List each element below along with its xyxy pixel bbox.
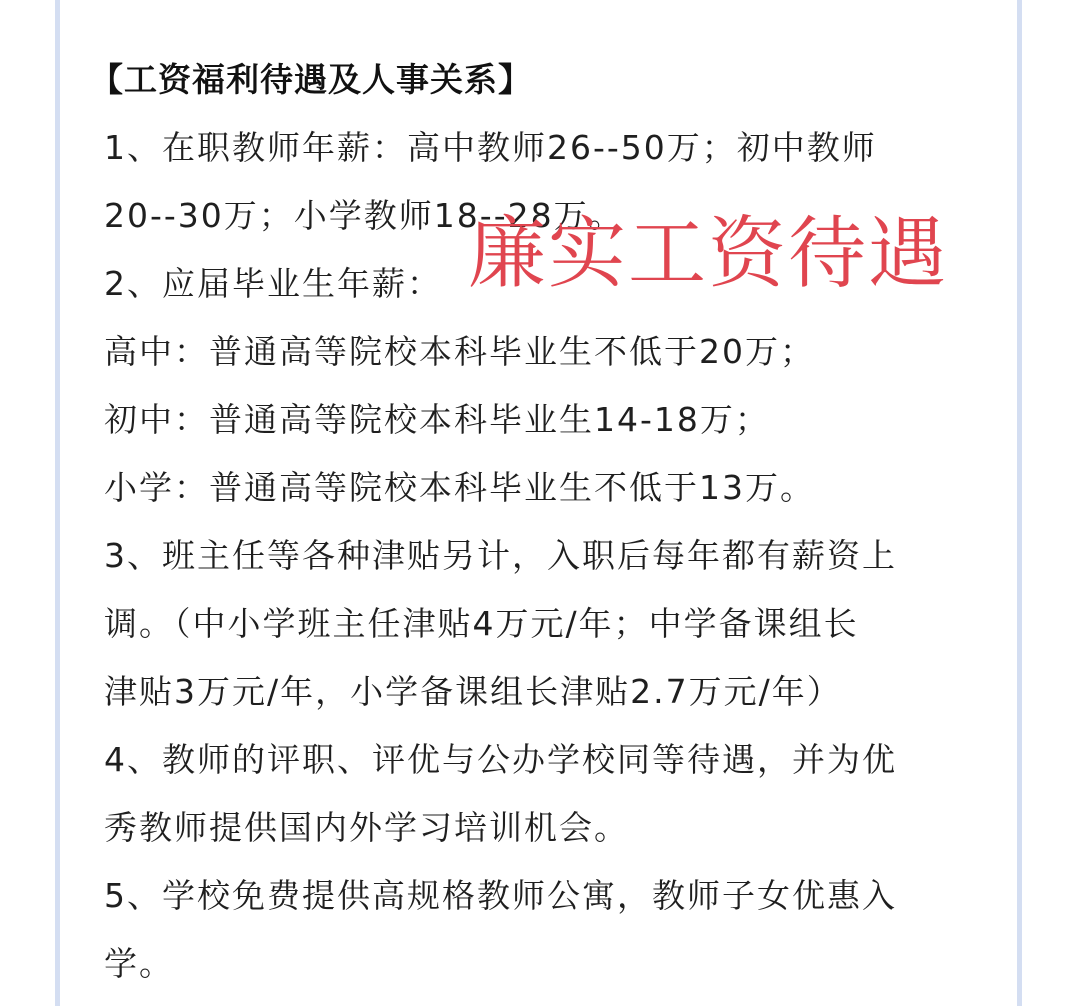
- text-line: 4、教师的评职、评优与公办学校同等待遇，并为优: [104, 726, 984, 794]
- text-line: 5、学校免费提供高规格教师公寓，教师子女优惠入: [104, 862, 984, 930]
- text-line: 调。（中小学班主任津贴4万元/年；中学备课组长: [104, 590, 984, 658]
- text-line: 秀教师提供国内外学习培训机会。: [104, 794, 984, 862]
- text-line: 1、在职教师年薪：高中教师26--50万；初中教师: [104, 114, 984, 182]
- text-line: 学。: [104, 930, 984, 998]
- section-heading: 【工资福利待遇及人事关系】: [90, 52, 984, 108]
- text-line: 津贴3万元/年，小学备课组长津贴2.7万元/年）: [104, 658, 984, 726]
- text-line: 3、班主任等各种津贴另计，入职后每年都有薪资上: [104, 522, 984, 590]
- text-line: 小学：普通高等院校本科毕业生不低于13万。: [104, 454, 984, 522]
- text-line: 初中：普通高等院校本科毕业生14-18万；: [104, 386, 984, 454]
- overlay-watermark-text: 廉实工资待遇: [468, 215, 948, 293]
- text-line: 高中：普通高等院校本科毕业生不低于20万；: [104, 318, 984, 386]
- document-body: 【工资福利待遇及人事关系】 1、在职教师年薪：高中教师26--50万；初中教师 …: [104, 52, 984, 998]
